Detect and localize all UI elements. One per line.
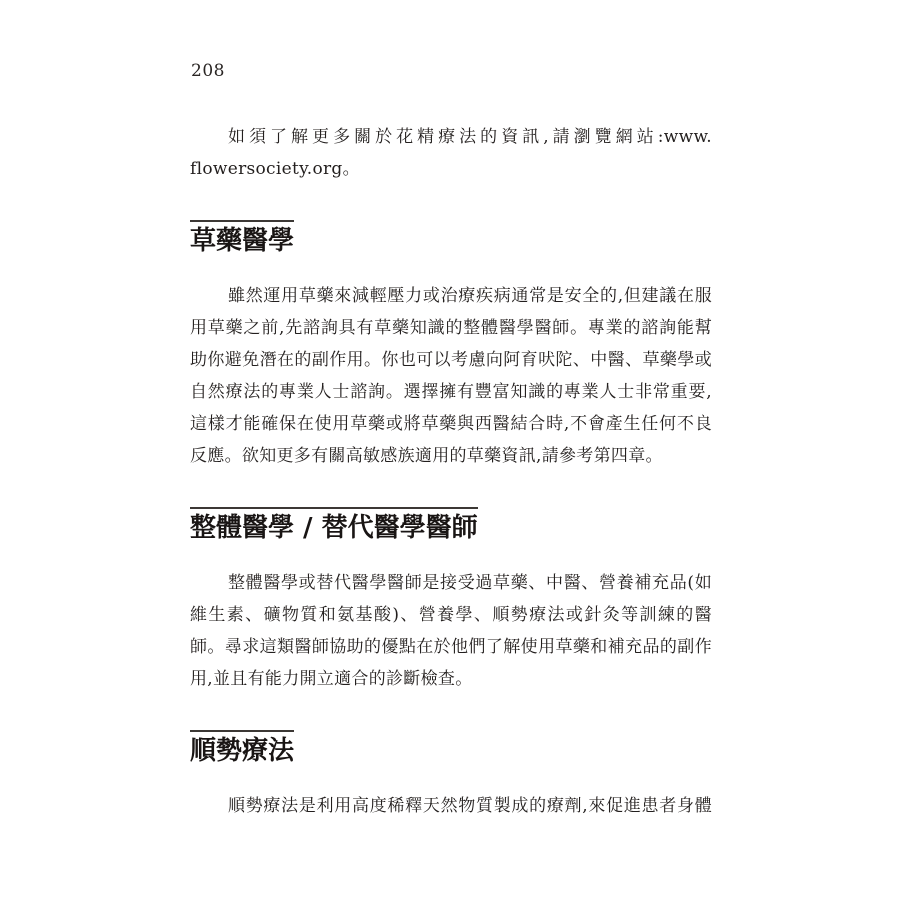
text-line: 整體醫學或替代醫學醫師是接受過草藥、中醫、營養補充品(如 — [190, 567, 712, 599]
section-heading-herbal-medicine: 草藥醫學 — [190, 220, 712, 254]
text-line: 這樣才能確保在使用草藥或將草藥與西醫結合時,不會產生任何不良 — [190, 408, 712, 440]
section-paragraph: 雖然運用草藥來減輕壓力或治療疾病通常是安全的,但建議在服 用草藥之前,先諮詢具有… — [190, 280, 712, 472]
text-line: 自然療法的專業人士諮詢。選擇擁有豐富知識的專業人士非常重要, — [190, 376, 712, 408]
section-paragraph: 順勢療法是利用高度稀釋天然物質製成的療劑,來促進患者身體 — [190, 790, 712, 822]
page-number: 208 — [191, 61, 225, 81]
text-line: 反應。欲知更多有關高敏感族適用的草藥資訊,請參考第四章。 — [190, 440, 712, 472]
section-title: 整體醫學 / 替代醫學醫師 — [190, 507, 478, 541]
section-title: 草藥醫學 — [190, 220, 294, 254]
section-heading-homeopathy: 順勢療法 — [190, 730, 712, 764]
text-line: 助你避免潛在的副作用。你也可以考慮向阿育吠陀、中醫、草藥學或 — [190, 344, 712, 376]
intro-paragraph: 如須了解更多關於花精療法的資訊,請瀏覽網站:www. flowersociety… — [190, 121, 712, 185]
text-line: 順勢療法是利用高度稀釋天然物質製成的療劑,來促進患者身體 — [190, 790, 712, 822]
text-line: 用草藥之前,先諮詢具有草藥知識的整體醫學醫師。專業的諮詢能幫 — [190, 312, 712, 344]
text-line: 如須了解更多關於花精療法的資訊,請瀏覽網站:www. — [190, 121, 712, 153]
text-line: 維生素、礦物質和氨基酸)、營養學、順勢療法或針灸等訓練的醫 — [190, 599, 712, 631]
section-title: 順勢療法 — [190, 730, 294, 764]
text-line: 師。尋求這類醫師協助的優點在於他們了解使用草藥和補充品的副作 — [190, 631, 712, 663]
page-content: 如須了解更多關於花精療法的資訊,請瀏覽網站:www. flowersociety… — [190, 121, 712, 822]
text-line: 雖然運用草藥來減輕壓力或治療疾病通常是安全的,但建議在服 — [190, 280, 712, 312]
book-page: 208 如須了解更多關於花精療法的資訊,請瀏覽網站:www. flowersoc… — [0, 0, 900, 900]
text-line: 用,並且有能力開立適合的診斷檢查。 — [190, 663, 712, 695]
section-heading-holistic-alternative-physician: 整體醫學 / 替代醫學醫師 — [190, 507, 712, 541]
section-paragraph: 整體醫學或替代醫學醫師是接受過草藥、中醫、營養補充品(如 維生素、礦物質和氨基酸… — [190, 567, 712, 695]
text-line: flowersociety.org。 — [190, 153, 712, 185]
